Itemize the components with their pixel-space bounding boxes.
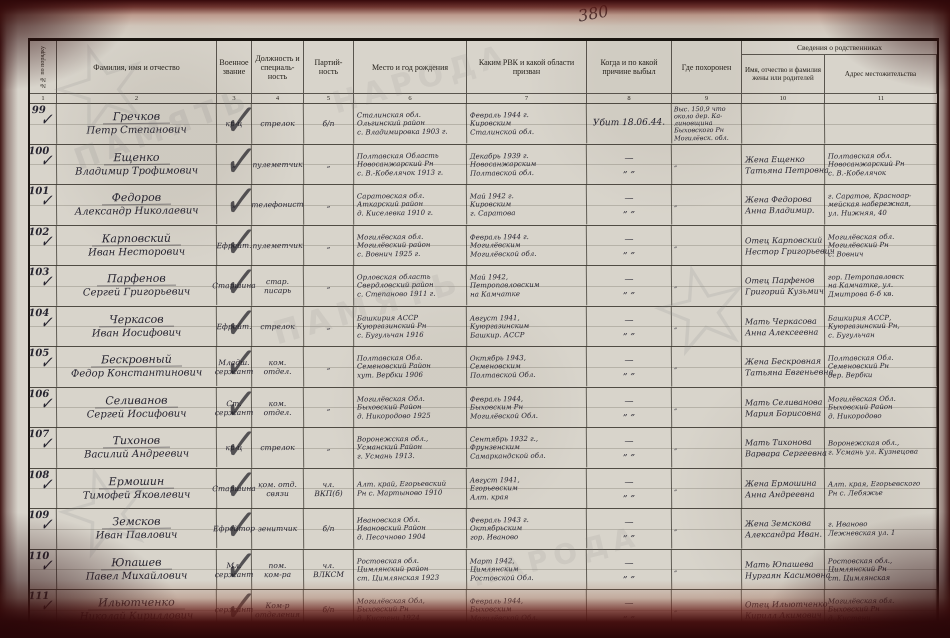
birthplace-cell: Алт. край, ЕгорьевскийРн с. Мартыново 19… <box>354 468 467 509</box>
given-names: Николай Кириллович <box>80 610 193 624</box>
birth-line: с. В.-Кобелячок 1913 г. <box>357 168 443 177</box>
row-number-cell: 103 ✓ <box>30 266 57 306</box>
fate-cell: —„ „ <box>587 468 672 508</box>
birth-line: с. Владимировка 1903 г. <box>357 128 448 138</box>
relative-line: Мать Черкасова <box>745 315 817 327</box>
address-line: Цимлянский Рн <box>828 565 887 574</box>
col-number: 5 <box>304 93 354 103</box>
table-row: 107 ✓ Тихонов Василий Андреевич кр-ц стр… <box>30 427 937 468</box>
fate-line: „ „ <box>623 529 635 540</box>
col-number: 10 <box>742 93 825 103</box>
row-number-cell: 101 ✓ <box>30 185 57 225</box>
surname: Селиванов <box>95 393 177 408</box>
relative-line: Анна Алексеевна <box>745 326 818 338</box>
table-rows: 99 ✓ Гречков Петр Степанович кр-ц стрело… <box>30 103 937 630</box>
fate-line: — <box>624 599 633 610</box>
fate-cell: —„ „ <box>587 266 672 306</box>
drafted-line: гор. Иваново <box>470 533 518 542</box>
col-number: 6 <box>354 93 467 103</box>
address-line: Могилёвский Рн <box>828 241 889 250</box>
birth-line: Цимлянский район <box>357 565 429 574</box>
relative-name-cell: Жена ЕщенкоТатьяна Петровна <box>742 144 825 184</box>
relative-address-cell: Алт. края, ЕгорьевскогоРн с. Лебяжье <box>825 468 937 509</box>
duty-cell: зенитчик <box>252 509 304 549</box>
relative-address-cell: Ростовская обл.,Цимлянский Рнст. Цимлянс… <box>825 549 937 590</box>
rank-line: Ст. <box>226 398 241 407</box>
name-cell: Ещенко Владимир Трофимович <box>57 144 217 185</box>
rank-cell: Ст.сержант <box>217 387 252 427</box>
col-header-burial: Где похоронен <box>672 41 742 93</box>
relative-name-cell: Отец ИльютченкоКирилл Акимович <box>742 590 825 630</box>
address-line: Ростовская обл., <box>828 556 892 565</box>
drafted-by-cell: Декабрь 1939 г.НовосанжарскимПолтавской … <box>467 144 587 185</box>
relative-address-cell: Могилёвская обл.Быховский Рнд. Кистени <box>825 589 937 630</box>
birth-line: с. Вовнич 1925 г. <box>357 249 420 258</box>
relative-line: Жена Бескровная <box>745 355 821 367</box>
birthplace-cell: Орловская областьСвердловский районс. Ст… <box>354 265 467 306</box>
burial-cell: Выс. 150,9 чтооколо дер. Ка-линовщинаБых… <box>672 104 742 144</box>
duty-cell: стрелок <box>252 104 304 144</box>
party-cell: „ <box>304 306 354 346</box>
rank-cell: Ефрейт. <box>217 306 252 346</box>
casualty-register-table: №№ по порядку Фамилия, имя и отчество Во… <box>28 38 939 632</box>
drafted-by-cell: Май 1942 г.Кировскимг. Саратова <box>467 184 587 225</box>
drafted-line: Могилёвской обл. <box>470 249 536 258</box>
duty-cell: Ком-ротделения <box>252 590 304 630</box>
party-line: ВЛКСМ <box>313 569 344 578</box>
rank-cell: „ <box>217 185 252 225</box>
duty-line: стрелок <box>260 119 294 128</box>
duty-line: пом. <box>268 560 286 569</box>
drafted-by-cell: Февраль 1943 г.Октябрьскимгор. Иваново <box>467 508 587 549</box>
drafted-by-cell: Февраль 1944 г.КировскимСталинской обл. <box>467 103 587 144</box>
col-header-duty: Должность и специаль- ность <box>252 41 304 93</box>
drafted-line: Февраль 1944 г. <box>470 232 529 241</box>
table-row: 99 ✓ Гречков Петр Степанович кр-ц стрело… <box>30 103 937 144</box>
given-names: Иван Иосифович <box>92 326 182 340</box>
relative-line: Мать Селиванова <box>745 396 823 408</box>
birthplace-cell: Ростовская обл.Цимлянский районст. Цимля… <box>354 549 467 590</box>
address-line: дер. Вербки <box>828 371 872 380</box>
given-names: Иван Несторович <box>88 245 185 259</box>
party-line: б/п <box>322 119 334 128</box>
drafted-line: Март 1942, <box>470 556 515 565</box>
drafted-line: г. Саратова <box>470 209 515 218</box>
fate-line: „ „ <box>623 448 635 459</box>
birth-line: Алт. край, Егорьевский <box>357 479 446 489</box>
birth-line: д. Никородово 1925 <box>357 411 431 420</box>
fate-line: — <box>624 558 633 569</box>
rank-line: Ефрейтор <box>213 524 255 533</box>
birthplace-cell: Сталинская обл.Ольгинский районс. Владим… <box>354 103 467 144</box>
rank-line: кр-ц <box>225 119 242 128</box>
fate-cell: Убит 18.06.44. <box>587 104 672 144</box>
party-cell: б/п <box>304 509 354 549</box>
surname: Юпашев <box>101 555 171 570</box>
fate-line: — <box>624 396 633 407</box>
col-header-row-number-label: №№ по порядку <box>40 46 47 88</box>
drafted-line: Ростовской Обл. <box>470 573 534 582</box>
party-line: „ <box>326 403 330 412</box>
buried-line: „ <box>674 282 677 289</box>
given-names: Петр Степанович <box>86 124 186 138</box>
birth-line: д. Киселевка 1910 г. <box>357 209 433 218</box>
duty-line: стрелок <box>260 322 294 331</box>
relative-line: Жена Федорова <box>745 193 812 205</box>
party-line: б/п <box>322 605 334 614</box>
name-cell: Карповский Иван Несторович <box>57 225 217 266</box>
relative-address-cell <box>825 103 937 144</box>
surname: Тихонов <box>103 434 171 449</box>
drafted-by-cell: Март 1942,ЦимлянскимРостовской Обл. <box>467 549 587 590</box>
address-line: Алт. края, Егорьевского <box>828 479 920 489</box>
birth-line: с. Бугульчан 1916 <box>357 330 424 339</box>
address-line: ст. Цимлянская <box>828 573 890 582</box>
col-number: 1 <box>30 93 57 103</box>
birth-line: д. Кистени 1924 <box>357 614 420 623</box>
birth-line: Куюргазинский Рн <box>357 322 427 331</box>
given-names: Владимир Трофимович <box>75 164 198 178</box>
address-line: г. Усмань ул. Кузнецова <box>828 447 918 457</box>
party-cell: б/п <box>304 104 354 144</box>
birthplace-cell: Ивановская Обл.Ивановский Районд. Песочн… <box>354 508 467 549</box>
party-line: ВКП(б) <box>314 488 342 497</box>
rank-line: сержант <box>215 569 254 578</box>
buried-line: „ <box>674 485 677 492</box>
drafted-line: Могилёвской Обл. <box>470 411 538 420</box>
row-number-cell: 104 ✓ <box>30 306 57 346</box>
name-cell: Тихонов Василий Андреевич <box>57 427 217 468</box>
check-mark-icon: ✓ <box>39 231 53 253</box>
birth-line: Могилёвская Обл. <box>357 394 425 403</box>
check-mark-icon: ✓ <box>39 595 53 617</box>
birth-line: ст. Цимлянская 1923 <box>357 573 439 582</box>
drafted-line: Сталинской обл. <box>470 128 534 137</box>
birth-line: Новосанжарский Рн <box>357 160 434 169</box>
duty-line: ком. отд. <box>258 479 297 488</box>
given-names: Василий Андреевич <box>84 448 189 462</box>
relative-line: Жена Ермошина <box>745 477 817 489</box>
party-cell: „ <box>304 387 354 427</box>
address-line: ул. Нижняя, 40 <box>828 209 887 218</box>
row-number-cell: 100 ✓ <box>30 144 57 184</box>
relative-name-cell: Мать СеливановаМария Борисовна <box>742 387 825 427</box>
row-number-cell: 109 ✓ <box>30 509 57 549</box>
birthplace-cell: Могилёвская Обл,Быховский Рнд. Кистени 1… <box>354 589 467 630</box>
birth-line: Могилёвская Обл, <box>357 597 425 606</box>
drafted-line: Быховским Рн <box>470 403 523 412</box>
fate-line: „ „ <box>623 569 635 580</box>
party-line: „ <box>326 160 330 169</box>
duty-line: писарь <box>264 286 291 295</box>
address-line: Полтавская обл. <box>828 151 892 160</box>
col-number: 11 <box>825 93 937 103</box>
check-mark-icon: ✓ <box>39 393 53 415</box>
relative-line: Мать Тихонова <box>745 436 812 448</box>
drafted-line: Цимлянским <box>470 565 519 574</box>
table-header: №№ по порядку Фамилия, имя и отчество Во… <box>30 41 937 103</box>
address-line: Дмитрова 6-б кв. <box>828 290 894 299</box>
relative-name-cell: Жена ЗемсковаАлександра Иван. <box>742 509 825 549</box>
drafted-by-cell: Сентябрь 1932 г.,ФрунзенскимСамаркандско… <box>467 427 587 468</box>
table-row: 102 ✓ Карповский Иван Несторович Ефрейт.… <box>30 225 937 266</box>
drafted-line: Полтавской обл. <box>470 168 534 177</box>
relative-address-cell: гор. Петропавловскна Камчатке, ул.Дмитро… <box>825 265 937 306</box>
fate-cell: —„ „ <box>587 387 672 427</box>
surname: Ещенко <box>103 150 169 165</box>
burial-cell: „ <box>672 347 742 387</box>
table-row: 105 ✓ Бескровный Федор Константинович Мл… <box>30 346 937 387</box>
duty-line: телефонист <box>251 200 303 210</box>
address-line: Новосанжарский Рн <box>828 160 905 169</box>
party-cell: б/п <box>304 590 354 630</box>
birth-line: Башкирия АССР <box>357 313 418 322</box>
buried-line: „ <box>674 566 677 573</box>
drafted-line: Новосанжарским <box>470 160 536 169</box>
check-mark-icon: ✓ <box>39 271 53 293</box>
party-line: „ <box>326 241 330 250</box>
col-header-fate: Когда и по какой причине выбыл <box>587 41 672 93</box>
rank-cell: Младш.сержант <box>217 347 252 387</box>
rank-line: Ефрейт. <box>217 322 252 331</box>
address-line: Башкирия АССР, <box>828 313 892 322</box>
duty-line: ком. <box>269 398 287 407</box>
party-line: чл. <box>322 560 334 569</box>
given-names: Тимофей Яковлевич <box>83 488 191 502</box>
party-line: „ <box>326 362 330 371</box>
row-number-cell: 110 ✓ <box>30 549 57 589</box>
fate-line: — <box>624 315 633 326</box>
relative-line: Варвара Сергеевна <box>745 447 827 459</box>
col-header-relative-address: Адрес местожительства <box>825 55 937 93</box>
check-mark-icon: ✓ <box>39 514 53 536</box>
drafted-by-cell: Август 1941,ЕгорьевскимАлт. края <box>467 468 587 509</box>
fate-line: — <box>624 356 633 367</box>
drafted-line: Декабрь 1939 г. <box>470 151 529 160</box>
table-row: 108 ✓ Ермошин Тимофей Яковлевич Старшина… <box>30 468 937 509</box>
relative-name-cell: Мать ЧеркасоваАнна Алексеевна <box>742 306 825 346</box>
duty-line: пулеметчик <box>252 159 302 169</box>
fate-line: — <box>624 234 633 245</box>
duty-line: отдел. <box>264 367 292 376</box>
birthplace-cell: Могилёвская обл.Могилёвский районс. Вовн… <box>354 225 467 266</box>
col-header-birth: Место и год рождения <box>354 41 467 93</box>
group-header-relatives: Сведения о родственниках <box>742 41 937 55</box>
duty-cell: стар.писарь <box>252 266 304 306</box>
given-names: Павел Михайлович <box>86 569 188 583</box>
check-mark-icon: ✓ <box>39 474 53 496</box>
col-number: 4 <box>252 93 304 103</box>
duty-cell: пом.ком-ра <box>252 549 304 589</box>
relative-name-cell <box>742 104 825 144</box>
relative-line: Мария Борисовна <box>745 407 821 419</box>
table-row: 110 ✓ Юпашев Павел Михайлович Мл.сержант… <box>30 549 937 590</box>
drafted-line: Башкир. АССР <box>470 331 524 340</box>
fate-cell: —„ „ <box>587 509 672 549</box>
name-cell: Земсков Иван Павлович <box>57 508 217 549</box>
birth-line: хут. Вербки 1906 <box>357 371 423 380</box>
birthplace-cell: Саратовская обл.Аткарский районд. Киселе… <box>354 184 467 225</box>
address-line: Рн с. Лебяжье <box>828 488 883 497</box>
col-number: 2 <box>57 93 217 103</box>
name-cell: Юпашев Павел Михайлович <box>57 549 217 590</box>
drafted-line: Куюргазинским <box>470 322 529 331</box>
row-number-cell: 111 ✓ <box>30 590 57 630</box>
fate-line: „ „ <box>623 326 635 337</box>
duty-cell: ком.отдел. <box>252 347 304 387</box>
party-cell: „ <box>304 144 354 184</box>
relative-line: Отец Карповский <box>745 234 822 246</box>
rank-cell: Старшина <box>217 468 252 508</box>
relative-line: Жена Земскова <box>745 517 811 529</box>
address-line: Могилёвская обл. <box>828 232 894 241</box>
rank-line: кр-ц <box>225 443 242 452</box>
surname: Ермошин <box>99 474 175 489</box>
rank-line: Старшина <box>212 281 256 290</box>
table-row: 101 ✓ Федоров Александр Николаевич „ тел… <box>30 184 937 225</box>
burial-cell: „ <box>672 468 742 508</box>
fate-line: — <box>624 437 633 448</box>
row-number-cell: 105 ✓ <box>30 347 57 387</box>
given-names: Александр Николаевич <box>75 205 199 219</box>
rank-line: „ <box>232 160 236 169</box>
drafted-line: Могилёвским <box>470 241 521 250</box>
duty-cell: телефонист <box>252 185 304 225</box>
name-cell: Черкасов Иван Иосифович <box>57 306 217 347</box>
row-number-cell: 102 ✓ <box>30 225 57 265</box>
relative-name-cell: Отец ПарфеновГригорий Кузьмич <box>742 266 825 306</box>
duty-cell: ком.отдел. <box>252 387 304 427</box>
party-cell: „ <box>304 428 354 468</box>
fate-line: „ „ <box>623 286 635 297</box>
col-header-rank: Военное звание <box>217 41 252 93</box>
table-row: 111 ✓ Ильютченко Николай Кириллович серж… <box>30 589 937 630</box>
rank-line: „ <box>232 200 236 209</box>
duty-line: стрелок <box>260 443 294 452</box>
duty-cell: стрелок <box>252 428 304 468</box>
drafted-line: Могилёвской Обл. <box>470 614 538 623</box>
duty-line: пулеметчик <box>252 240 302 250</box>
relative-line: Анна Андреевна <box>745 488 815 500</box>
party-cell: „ <box>304 266 354 306</box>
fate-cell: —„ „ <box>587 347 672 387</box>
check-mark-icon: ✓ <box>39 312 53 334</box>
burial-cell: „ <box>672 509 742 549</box>
buried-line: „ <box>674 444 677 451</box>
address-line: Могилёвская Обл. <box>828 394 896 403</box>
fate-line: Убит 18.06.44. <box>593 118 665 130</box>
drafted-by-cell: Февраль 1944,Быховским РнМогилёвской Обл… <box>467 387 587 428</box>
surname: Парфенов <box>97 272 176 287</box>
drafted-line: Егорьевским <box>470 484 518 493</box>
drafted-by-cell: Февраль 1944,БыховскимМогилёвской Обл. <box>467 589 587 630</box>
col-header-drafted-by: Каким РВК и какой области призван <box>467 41 587 93</box>
relative-name-cell: Мать ЮпашеваНургаян Касимовна <box>742 549 825 589</box>
fate-line: „ „ <box>623 205 635 216</box>
address-line: с. Вовнич <box>828 250 863 259</box>
birth-line: Рн с. Мартыново 1910 <box>357 488 442 497</box>
rank-line: Ефрейт. <box>217 241 252 250</box>
address-line: Лежневская ул. 1 <box>828 529 895 538</box>
birth-line: Ростовская обл. <box>357 556 419 565</box>
buried-line: Могилёвск. обл. <box>674 134 729 142</box>
duty-cell: ком. отд.связи <box>252 468 304 508</box>
drafted-line: Май 1942, <box>470 273 508 282</box>
rank-line: Младш. <box>218 358 249 367</box>
birthplace-cell: Полтавская Обл.Семеновский Районхут. Вер… <box>354 346 467 387</box>
fate-line: — <box>624 153 633 164</box>
drafted-line: Февраль 1944, <box>470 597 523 606</box>
buried-line: „ <box>674 323 677 330</box>
drafted-line: Алт. края <box>470 493 508 502</box>
given-names: Сергей Иосифович <box>87 407 187 421</box>
birthplace-cell: Полтавская ОбластьНовосанжарский Рнс. В.… <box>354 144 467 185</box>
relative-address-cell: Полтавская Обл.Семеновский Рндер. Вербки <box>825 346 937 387</box>
rank-line: сержант <box>215 605 254 614</box>
party-cell: чл.ВКП(б) <box>304 468 354 508</box>
drafted-line: Сентябрь 1932 г., <box>470 435 538 444</box>
surname: Карповский <box>92 231 181 246</box>
party-cell: чл.ВЛКСМ <box>304 549 354 589</box>
given-names: Иван Павлович <box>96 529 178 543</box>
relative-line: Нестор Григорьевич <box>745 245 835 257</box>
duty-line: Ком-р <box>265 601 289 610</box>
fate-line: — <box>624 275 633 286</box>
buried-line: „ <box>674 363 677 370</box>
relative-address-cell: г. ИвановоЛежневская ул. 1 <box>825 508 937 549</box>
relative-line: Мать Юпашева <box>745 558 814 570</box>
fate-line: — <box>624 194 633 205</box>
relative-address-cell: Полтавская обл.Новосанжарский Рнс. В.-Ко… <box>825 144 937 185</box>
col-header-party: Партий- ность <box>304 41 354 93</box>
relative-address-cell: г. Саратов, Красноар-мейская набережная,… <box>825 184 937 225</box>
address-line: д. Никородово <box>828 412 882 421</box>
fate-line: „ „ <box>623 610 635 621</box>
duty-line: отдел. <box>264 407 292 416</box>
fate-line: — <box>624 477 633 488</box>
relative-line: Отец Ильютченко <box>745 598 828 610</box>
drafted-line: Петропавловским <box>470 281 540 290</box>
drafted-line: Август 1941, <box>470 475 520 484</box>
rank-cell: „ <box>217 144 252 184</box>
rank-cell: кр-ц <box>217 104 252 144</box>
check-mark-icon: ✓ <box>39 109 53 131</box>
col-header-relative-name: Имя, отчество и фамилия жены или родител… <box>742 55 825 93</box>
relative-line: Анна Владимир. <box>745 204 814 216</box>
rank-cell: Старшина <box>217 266 252 306</box>
drafted-line: Полтавской Обл. <box>470 371 535 380</box>
relative-address-cell: Воронежская обл.,г. Усмань ул. Кузнецова <box>825 427 937 468</box>
rank-cell: сержант <box>217 590 252 630</box>
fate-cell: —„ „ <box>587 590 672 630</box>
relative-name-cell: Жена ФедороваАнна Владимир. <box>742 185 825 225</box>
check-mark-icon: ✓ <box>39 555 53 577</box>
surname: Гречков <box>103 110 170 125</box>
duty-line: связи <box>266 488 289 497</box>
rank-cell: Ефрейт. <box>217 225 252 265</box>
buried-line: „ <box>674 606 677 613</box>
fate-line: — <box>624 518 633 529</box>
rank-line: Мл. <box>226 560 241 569</box>
birth-line: Могилёвская обл. <box>357 232 423 241</box>
table-row: 100 ✓ Ещенко Владимир Трофимович „ пулем… <box>30 144 937 185</box>
given-names: Федор Константинович <box>71 367 202 381</box>
drafted-line: на Камчатке <box>470 290 520 299</box>
birth-line: с. Степаново 1911 г. <box>357 290 435 299</box>
buried-line: „ <box>674 404 677 411</box>
birthplace-cell: Башкирия АССРКуюргазинский Рнс. Бугульча… <box>354 306 467 347</box>
buried-line: „ <box>674 161 677 168</box>
